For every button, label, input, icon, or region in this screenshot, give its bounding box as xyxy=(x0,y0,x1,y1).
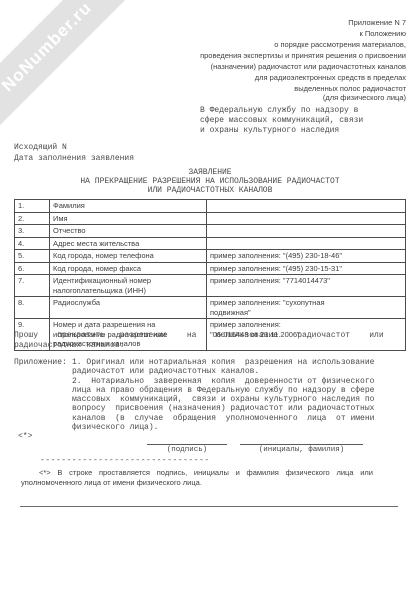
table-row: 3. Отчество xyxy=(15,225,406,238)
row-number: 7. xyxy=(15,275,50,297)
attachment-item: 1. Оригинал или нотариальная копия разре… xyxy=(72,358,404,377)
applicant-data-table: 1. Фамилия 2. Имя 3. Отчество 4. Адрес м… xyxy=(14,199,406,351)
table-row: 1. Фамилия xyxy=(15,200,406,213)
row-value xyxy=(207,237,406,250)
recipient-address: В Федеральную службу по надзору в сфере … xyxy=(200,106,363,136)
row-number: 6. xyxy=(15,262,50,275)
header-line: проведения экспертизы и принятия решения… xyxy=(200,50,406,61)
footnote-marker: <*> xyxy=(18,432,32,441)
row-value: пример заполнения: "7714014473" xyxy=(207,275,406,297)
row-value: пример заполнения: "сухопутная подвижная… xyxy=(207,297,406,319)
outgoing-meta: Исходящий N Дата заполнения заявления xyxy=(14,142,134,164)
row-label: Имя xyxy=(50,212,207,225)
row-label: Код города, номер телефона xyxy=(50,250,207,263)
row-number: 5. xyxy=(15,250,50,263)
signature-caption: (подпись) xyxy=(147,446,227,454)
row-value xyxy=(207,212,406,225)
outgoing-number-label: Исходящий N xyxy=(14,142,134,153)
bottom-divider xyxy=(20,506,398,507)
row-label: Адрес места жительства xyxy=(50,237,207,250)
row-number: 4. xyxy=(15,237,50,250)
attachments-label: Приложение: xyxy=(14,358,72,432)
header-line: для радиоэлектронных средств в пределах xyxy=(200,72,406,83)
row-label: Фамилия xyxy=(50,200,207,213)
document-title: ЗАЯВЛЕНИЕ НА ПРЕКРАЩЕНИЕ РАЗРЕШЕНИЯ НА И… xyxy=(0,168,420,195)
initials-line xyxy=(240,444,363,445)
table-row: 7. Идентификационный номер налогоплатель… xyxy=(15,275,406,297)
row-value: пример заполнения: "(495) 230-15-31" xyxy=(207,262,406,275)
initials-caption: (инициалы, фамилия) xyxy=(240,446,363,454)
footnote-separator: -------------------------------- xyxy=(40,456,210,465)
row-number: 2. xyxy=(15,212,50,225)
attachments-block: Приложение: 1. Оригинал или нотариальная… xyxy=(14,358,404,432)
table-row: 2. Имя xyxy=(15,212,406,225)
header-line: к Положению xyxy=(200,28,406,39)
table-row: 4. Адрес места жительства xyxy=(15,237,406,250)
person-type-note: (для физического лица) xyxy=(323,93,406,102)
row-value xyxy=(207,225,406,238)
header-line: о порядке рассмотрения материалов, xyxy=(200,39,406,50)
row-label: Радиослужба xyxy=(50,297,207,319)
table-row: 8. Радиослужба пример заполнения: "сухоп… xyxy=(15,297,406,319)
watermark-text: NoNumber.ru xyxy=(0,0,96,96)
header-line: (назначении) радиочастот или радиочастот… xyxy=(200,61,406,72)
row-label: Идентификационный номер налогоплательщик… xyxy=(50,275,207,297)
footnote-text: <*> В строке проставляется подпись, иниц… xyxy=(21,468,373,488)
table-row: 5. Код города, номер телефона пример зап… xyxy=(15,250,406,263)
row-label: Отчество xyxy=(50,225,207,238)
appendix-header: Приложение N 7 к Положению о порядке рас… xyxy=(200,17,406,94)
attachment-item: 2. Нотариально заверенная копия доверенн… xyxy=(72,377,404,433)
row-number: 8. xyxy=(15,297,50,319)
document-page: NoNumber.ru Приложение N 7 к Положению о… xyxy=(0,0,420,600)
fill-date-label: Дата заполнения заявления xyxy=(14,153,134,164)
attachments-items: 1. Оригинал или нотариальная копия разре… xyxy=(72,358,404,432)
request-paragraph: Прошу прекратить разрешение на использов… xyxy=(14,331,406,350)
watermark-band: NoNumber.ru xyxy=(0,0,130,130)
header-line: Приложение N 7 xyxy=(200,17,406,28)
row-label: Код города, номер факса xyxy=(50,262,207,275)
row-number: 1. xyxy=(15,200,50,213)
row-value: пример заполнения: "(495) 230-18-46" xyxy=(207,250,406,263)
table-row: 6. Код города, номер факса пример заполн… xyxy=(15,262,406,275)
signature-line xyxy=(147,444,227,445)
row-number: 3. xyxy=(15,225,50,238)
row-value xyxy=(207,200,406,213)
